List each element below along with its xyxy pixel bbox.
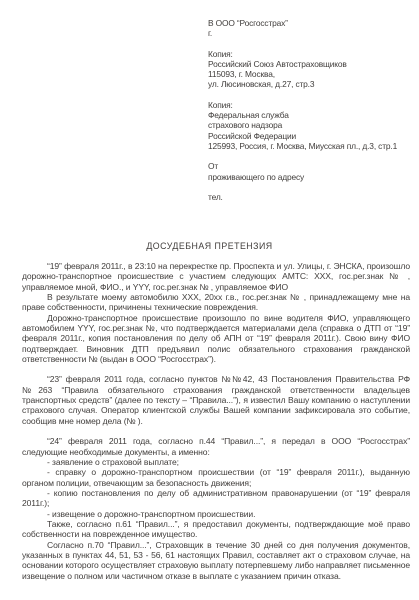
copy2-org-line-3: Российской Федерации	[208, 131, 419, 141]
copy1-label: Копия:	[208, 49, 419, 59]
doc-list-item-statement: - заявление о страховой выплате;	[22, 457, 410, 467]
copy2-label: Копия:	[208, 100, 419, 110]
document-title: ДОСУДЕБНАЯ ПРЕТЕНЗИЯ	[0, 241, 419, 251]
recipient-city: г.	[208, 28, 419, 38]
paragraph-ownership: Также, согласно п.61 “Правил...”, я пред…	[22, 519, 410, 540]
header-spacer	[208, 182, 419, 192]
from-address-line: проживающего по адресу	[208, 172, 419, 182]
copy1-org-name: Российский Союз Автостраховщиков	[208, 59, 419, 69]
paragraph-fault: Дорожно-транспортное происшествие произо…	[22, 313, 410, 365]
document-body: “19” февраля 2011г., в 23:10 на перекрес…	[22, 261, 410, 581]
header-spacer	[208, 39, 419, 49]
copy2-org-line-2: страхового надзора	[208, 120, 419, 130]
copy1-postcode-city: 115093, г. Москва,	[208, 69, 419, 79]
paragraph-claim-notice: “23” февраля 2011 года, согласно пунктов…	[22, 374, 410, 426]
recipient-company: В ООО “Росгосстрах”	[208, 18, 419, 28]
document-header-block: В ООО “Росгосстрах” г. Копия: Российский…	[208, 18, 419, 202]
copy2-address: 125993, Россия, г. Москва, Миусская пл.,…	[208, 141, 419, 151]
copy2-org-line-1: Федеральная служба	[208, 110, 419, 120]
paragraph-rule-70: Согласно п.70 “Правил...”, Страховщик в …	[22, 540, 410, 581]
paragraph-incident: “19” февраля 2011г., в 23:10 на перекрес…	[22, 261, 410, 292]
copy1-street: ул. Люсиновская, д.27, стр.3	[208, 79, 419, 89]
header-spacer	[208, 90, 419, 100]
doc-list-item-accident-certificate: - справку о дорожно-транспортном происше…	[22, 467, 410, 488]
from-label: От	[208, 161, 419, 171]
paragraph-damage: В результате моему автомобилю ХХХ, 20хх …	[22, 292, 410, 313]
from-phone-line: тел.	[208, 192, 419, 202]
document-page: В ООО “Росгосстрах” г. Копия: Российский…	[0, 0, 419, 600]
paragraph-docs-intro: “24” февраля 2011 года, согласно п.44 “П…	[22, 436, 410, 457]
header-spacer	[208, 151, 419, 161]
doc-list-item-accident-notice: - извещение о дорожно-транспортном проис…	[22, 509, 410, 519]
doc-list-item-resolution-copy: - копию постановления по делу об админис…	[22, 488, 410, 509]
